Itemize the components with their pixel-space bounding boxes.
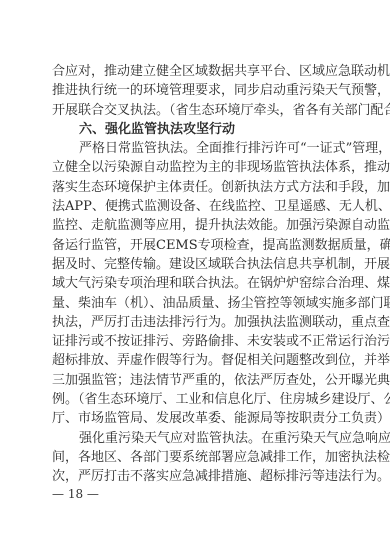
body-text-line: 立健全以污染源自动监控为主的非现场监管执法体系，推动企业 [52,158,342,177]
section-heading: 六、强化监管执法攻坚行动 [52,120,342,139]
body-text-line: 超标排放、弄虚作假等行为。督促相关问题整改到位，并举一反 [52,351,342,370]
body-text-line: 开展联合交叉执法。（省生态环境厅牵头，省各有关部门配合） [52,101,342,120]
body-text-line: 合应对，推动建立健全区域数据共享平台、区域应急联动机制， [52,62,342,81]
body-text-line: 执法，严厉打击违法排污行为。加强执法监测联动，重点查处无 [52,313,342,332]
body-text-line: 次，严厉打击不落实应急减排措施、超标排污等违法行为。依据 [52,467,342,486]
page-number: — 18 — [52,486,99,502]
body-text-line: 例。（省生态环境厅、工业和信息化厅、住房城乡建设厅、公安 [52,390,342,409]
body-text-line: 落实生态环境保护主体责任。创新执法方式方法和手段，加强执 [52,178,342,197]
document-page: 合应对，推动建立健全区域数据共享平台、区域应急联动机制， 推进执行统一的环境管理… [52,62,342,487]
body-text-line: 三加强监管；违法情节严重的，依法严厉查处，公开曝光典型案 [52,371,342,390]
body-text-line: 量、柴油车（机）、油品质量、扬尘管控等领域实施多部门联合 [52,294,342,313]
body-text-line: 间，各地区、各部门要系统部署应急减排工作，加密执法检查频 [52,448,342,467]
paragraph-first-line: 强化重污染天气应对监管执法。在重污染天气应急响应期 [52,429,342,448]
paragraph-first-line: 严格日常监管执法。全面推行排污许可“一证式”管理，建 [52,139,342,158]
body-text-line: 据及时、完整传输。建设区域联合执法信息共享机制，开展跨区 [52,255,342,274]
body-text-line: 推进执行统一的环境管理要求，同步启动重污染天气预警，积极 [52,81,342,100]
body-text-line: 证排污或不按证排污、旁路偷排、未安装或不正常运行治污设施、 [52,332,342,351]
body-text-line: 厅、市场监管局、发展改革委、能源局等按职责分工负责） [52,409,342,428]
body-text-line: 监控、走航监测等应用，提升执法效能。加强污染源自动监测设 [52,216,342,235]
body-text-line: 备运行监管，开展CEMS专项检查，提高监测数据质量，确保数 [52,236,342,255]
body-text-line: 法APP、便携式监测设备、在线监控、卫星遥感、无人机、用电 [52,197,342,216]
body-text-line: 域大气污染专项治理和联合执法。在锅炉炉窑综合治理、煤炭质 [52,274,342,293]
